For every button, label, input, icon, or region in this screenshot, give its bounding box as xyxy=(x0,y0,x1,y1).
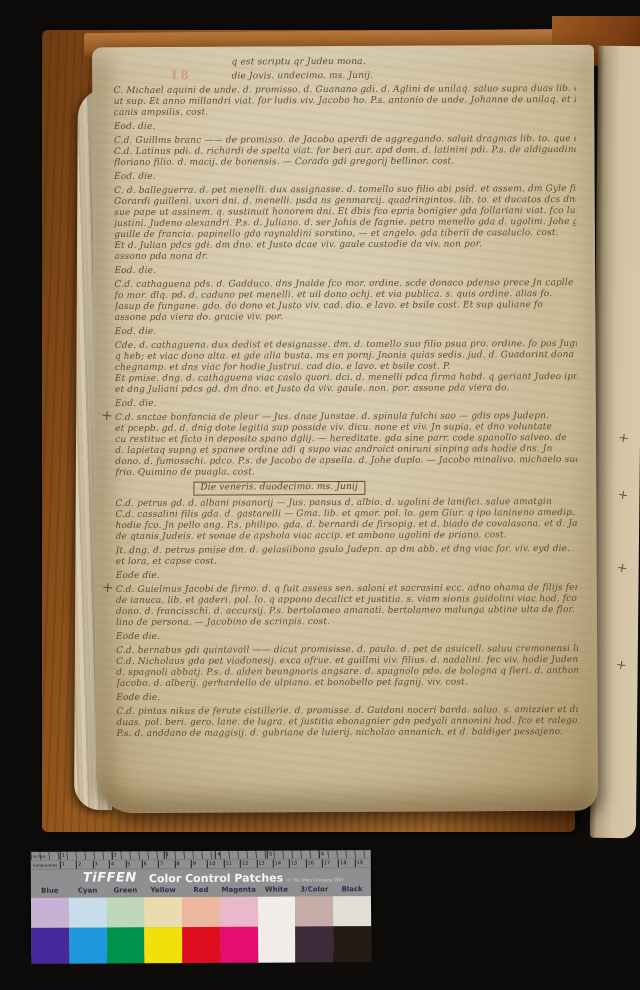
patch-label-white: White xyxy=(258,886,296,897)
facing-margin-cross-icon: + xyxy=(616,487,629,503)
manuscript-line: Eod. die. xyxy=(115,325,577,338)
chart-copyright: © The Tiffen Company 1997 xyxy=(287,877,344,882)
facing-margin-cross-icon: + xyxy=(615,657,628,673)
manuscript-block-heading: die Jovis. undecimo. ms. Junij. xyxy=(114,70,576,83)
patch-column-yellow xyxy=(144,897,182,963)
cm-tick: 6 xyxy=(142,860,158,868)
chart-header: TiFFEN Color Control Patches © The Tiffe… xyxy=(31,868,371,887)
inch-tick: 6 xyxy=(319,850,371,858)
patch-column-white xyxy=(258,897,296,963)
patch-column-red xyxy=(182,897,220,963)
patch-label-yellow: Yellow xyxy=(144,886,182,897)
patch-saturated-swatch xyxy=(182,927,220,963)
patch-saturated-swatch xyxy=(220,927,258,963)
patch-label-blue: Blue xyxy=(31,887,69,898)
cm-tick: 16 xyxy=(305,859,321,867)
patch-pastel-swatch xyxy=(333,896,371,926)
manuscript-line: et lora, et capse cost. xyxy=(116,555,578,568)
manuscript-block-para: Cde. d. cathaguena. dux dedist et design… xyxy=(115,339,577,396)
patch-label-3color: 3/Color xyxy=(295,885,333,896)
cm-tick: 17 xyxy=(322,859,338,867)
patch-saturated-swatch xyxy=(31,928,69,964)
manuscript-line: Jacobo. d. alberij. gerhardello de ulpia… xyxy=(116,677,578,690)
manuscript-line: Eod. die. xyxy=(114,170,576,183)
manuscript-line: Eode die. xyxy=(116,691,578,704)
inch-tick: 3 xyxy=(163,851,215,859)
manuscript-line: Eode die. xyxy=(116,630,578,643)
patch-pastel-swatch xyxy=(107,897,145,927)
patch-column-blue xyxy=(31,898,69,964)
manuscript-block-para: +C.d. Guielmus Jacobi de firmo. d. q fui… xyxy=(116,583,578,629)
manuscript-block-eod: Eod. die. xyxy=(115,397,577,410)
cm-tick: 2 xyxy=(76,861,92,869)
cm-tick: 11 xyxy=(224,860,240,868)
margin-cross-icon: + xyxy=(101,583,114,595)
cm-tick: 5 xyxy=(125,860,141,868)
facing-margin-cross-icon: + xyxy=(616,560,629,576)
patch-column-green xyxy=(107,897,145,963)
faint-margin-mark: p xyxy=(127,537,131,544)
faint-margin-mark: m xyxy=(127,550,133,557)
patch-saturated-swatch xyxy=(69,927,107,963)
patch-label-red: Red xyxy=(182,886,220,897)
manuscript-line: q est scriptu qr Judeu mona. xyxy=(232,56,576,69)
manuscript-line: de qtanis Judeis. et sonae de apshola vi… xyxy=(116,530,578,543)
manuscript-block-eod: Eod. die. xyxy=(114,170,576,183)
cm-tick: 3 xyxy=(93,860,109,868)
manuscript-block-eod: Eode die. xyxy=(116,630,578,643)
patch-column-3color xyxy=(295,896,333,962)
inch-tick: 2 xyxy=(112,851,164,859)
manuscript-block-eod: Eod. die. xyxy=(115,325,577,338)
patch-column-magenta xyxy=(220,897,258,963)
faint-margin-mark: q xyxy=(127,610,131,617)
ruler-centimetres-label: Centimetres xyxy=(31,861,60,869)
manuscript-block-para: C. Michael aquini de unde. d. promisso. … xyxy=(114,84,576,119)
manuscript-line: floriano filio. d. macij. de bonensis. —… xyxy=(114,156,576,169)
patch-column-cyan xyxy=(69,897,107,963)
patch-saturated-swatch xyxy=(144,927,182,963)
manuscript-block-box: Die veneris. duodecimo. ms. Junij xyxy=(115,480,577,496)
manuscript-line: Eode die. xyxy=(116,569,578,582)
patch-pastel-swatch xyxy=(182,897,220,927)
manuscript-line: Eod. die. xyxy=(114,264,576,277)
patch-pastel-swatch xyxy=(31,898,69,928)
patch-label-magenta: Magenta xyxy=(220,886,258,897)
manuscript-block-para: C.d. pintas nikus de ferute cistillerie.… xyxy=(116,705,578,740)
inch-tick: 1 xyxy=(60,851,112,859)
margin-cross-icon: + xyxy=(101,411,114,423)
manuscript-block-heading: q est scriptu qr Judeu mona. xyxy=(114,56,576,69)
patch-pastel-swatch xyxy=(295,896,333,926)
manuscript-block-eod: Eode die. xyxy=(116,569,578,582)
manuscript-block-para: C.d. bernabus gdi quintavall —— dicut pr… xyxy=(116,644,578,690)
manuscript-line: et dng Juliani pdcs gd. dm dno. et Justo… xyxy=(115,383,577,396)
cm-tick: 13 xyxy=(256,860,272,868)
patch-white-full xyxy=(258,897,296,963)
manuscript-line: assono pda nona dr. xyxy=(114,250,576,263)
manuscript-line: assone pda viera do. gracie viv. por. xyxy=(115,311,577,324)
manuscript-block-para: +C.d. snctae bonfancia de pleur — Jus. d… xyxy=(115,411,577,479)
cm-tick: 19 xyxy=(355,859,371,867)
cm-tick: 12 xyxy=(240,860,256,868)
manuscript-block-eod: Eode die. xyxy=(116,691,578,704)
manuscript-block-para: C.d. cathaguena pds. d. Gadduco. dns Jna… xyxy=(114,278,576,324)
patch-saturated-swatch xyxy=(333,926,371,962)
cm-tick: 14 xyxy=(273,860,289,868)
ruler-inches-label: Inches xyxy=(31,852,60,860)
manuscript-text: q est scriptu qr Judeu mona.die Jovis. u… xyxy=(114,56,579,743)
patch-pastel-swatch xyxy=(144,897,182,927)
manuscript-line: frio. Quimino de puagla. cost. xyxy=(115,466,577,479)
cm-tick: 1 xyxy=(60,861,76,869)
patch-column-black xyxy=(333,896,371,962)
manuscript-line: canis ampsilis. cost. xyxy=(114,106,576,119)
tiffen-color-chart: Inches 123456 Centimetres 12345678910111… xyxy=(31,850,372,955)
manuscript-block-para: C. d. balleguerra. d. pet menelli. dux a… xyxy=(114,184,576,263)
faint-margin-mark: 9 xyxy=(127,523,131,530)
patch-label-cyan: Cyan xyxy=(69,886,107,897)
manuscript-line: P.s. d. anddano de maggisij. d. gubriane… xyxy=(116,727,578,740)
cm-tick: 8 xyxy=(174,860,190,868)
manuscript-block-para: C.d. Guillms branc —— de promisso. de Ja… xyxy=(114,134,576,169)
manuscript-line: Eod. die. xyxy=(115,397,577,410)
manuscript-block-eod: Eod. die. xyxy=(114,120,576,133)
manuscript-line: die Jovis. undecimo. ms. Junij. xyxy=(232,70,576,83)
patch-saturated-swatch xyxy=(107,927,145,963)
facing-margin-cross-icon: + xyxy=(617,430,630,446)
manuscript-line: lino de persona. — Jacobino de scrinpis.… xyxy=(116,616,578,629)
boxed-date-heading: Die veneris. duodecimo. ms. Junij xyxy=(193,481,365,496)
patch-pastel-swatch xyxy=(69,897,107,927)
cm-tick: 4 xyxy=(109,860,125,868)
cm-tick: 10 xyxy=(207,860,223,868)
patch-label-green: Green xyxy=(106,886,144,897)
tiffen-brand: TiFFEN xyxy=(83,870,137,885)
cm-tick: 7 xyxy=(158,860,174,868)
inch-tick: 5 xyxy=(267,850,319,858)
chart-title: Color Control Patches xyxy=(149,872,283,886)
patch-rows xyxy=(31,896,371,964)
patch-label-black: Black xyxy=(333,885,371,896)
cm-tick: 9 xyxy=(191,860,207,868)
patch-saturated-swatch xyxy=(296,926,334,962)
patch-pastel-swatch xyxy=(220,897,258,927)
manuscript-block-eod: Eod. die. xyxy=(114,264,576,277)
cm-tick: 15 xyxy=(289,859,305,867)
manuscript-line: Eod. die. xyxy=(114,120,576,133)
manuscript-block-para: Jt. dng. d. petrus pmise dm. d. gelasiib… xyxy=(116,544,578,568)
manuscript-block-para: C.d. petrus gd. d. albani pisanorij — Ju… xyxy=(115,497,577,543)
inch-tick: 4 xyxy=(215,851,267,859)
cm-tick: 18 xyxy=(338,859,354,867)
